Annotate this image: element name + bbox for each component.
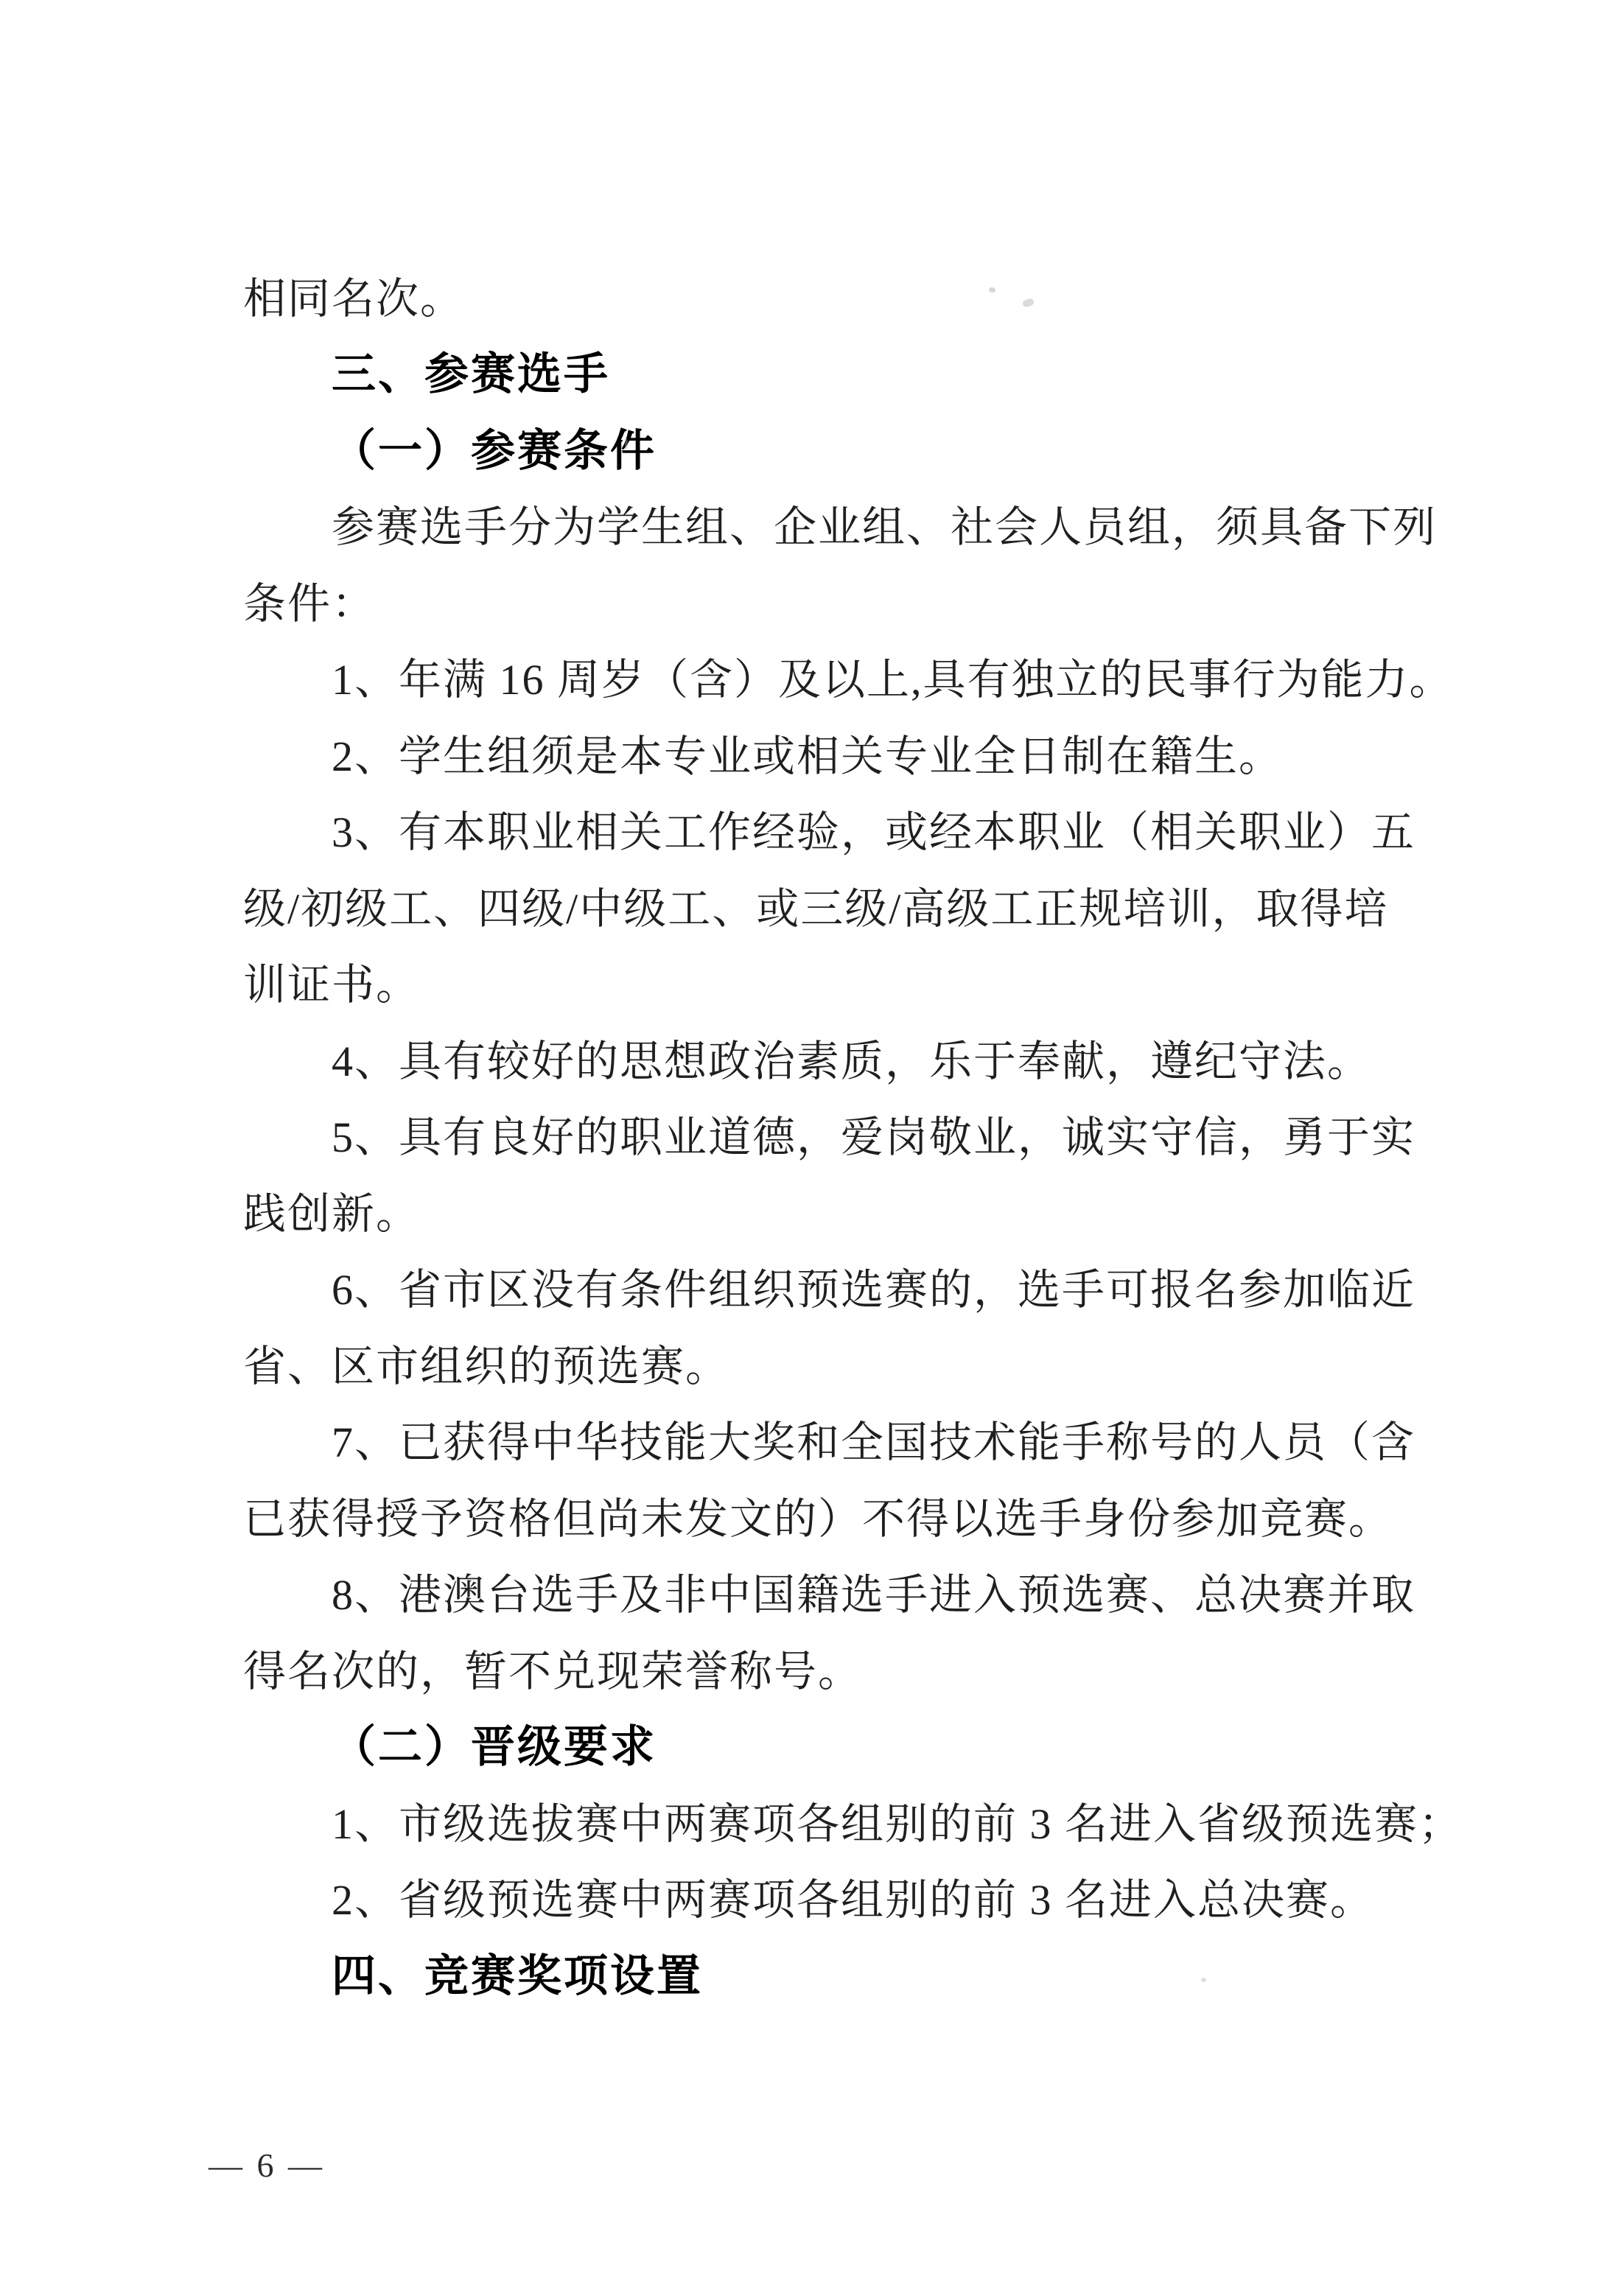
text-line: 6、省市区没有条件组织预选赛的，选手可报名参加临近: [243, 1248, 1437, 1325]
text-line: 条件：: [243, 561, 1437, 638]
text-line: 参赛选手分为学生组、企业组、社会人员组，须具备下列: [243, 486, 1437, 562]
text-line: 2、省级预选赛中两赛项各组别的前 3 名进入总决赛。: [243, 1858, 1437, 1935]
text-line: 1、市级选拔赛中两赛项各组别的前 3 名进入省级预选赛；: [243, 1782, 1437, 1858]
page: 相同名次。三、参赛选手（一）参赛条件参赛选手分为学生组、企业组、社会人员组，须具…: [0, 0, 1624, 2296]
text-line: 训证书。: [243, 943, 1437, 1020]
section-heading: （二）晋级要求: [243, 1706, 1437, 1782]
text-line: 相同名次。: [243, 256, 1437, 333]
section-heading: （一）参赛条件: [243, 409, 1437, 486]
text-line: 得名次的，暂不兑现荣誉称号。: [243, 1629, 1437, 1706]
scan-speck: [1201, 1978, 1206, 1982]
text-line: 级/初级工、四级/中级工、或三级/高级工正规培训，取得培: [243, 867, 1437, 943]
text-line: 已获得授予资格但尚未发文的）不得以选手身份参加竞赛。: [243, 1477, 1437, 1553]
text-line: 7、已获得中华技能大奖和全国技术能手称号的人员（含: [243, 1401, 1437, 1477]
text-line: 5、具有良好的职业道德，爱岗敬业，诚实守信，勇于实: [243, 1096, 1437, 1172]
document-body: 相同名次。三、参赛选手（一）参赛条件参赛选手分为学生组、企业组、社会人员组，须具…: [243, 256, 1437, 2011]
text-line: 3、有本职业相关工作经验，或经本职业（相关职业）五: [243, 791, 1437, 867]
text-line: 8、港澳台选手及非中国籍选手进入预选赛、总决赛并取: [243, 1553, 1437, 1630]
text-line: 4、具有较好的思想政治素质，乐于奉献，遵纪守法。: [243, 1019, 1437, 1096]
section-heading: 四、竞赛奖项设置: [243, 1934, 1437, 2011]
text-line: 省、区市组织的预选赛。: [243, 1324, 1437, 1401]
page-number: — 6 —: [209, 2146, 325, 2185]
scan-speck: [625, 438, 628, 449]
text-line: 2、学生组须是本专业或相关专业全日制在籍生。: [243, 714, 1437, 791]
text-line: 1、年满 16 周岁（含）及以上,具有独立的民事行为能力。: [243, 638, 1437, 715]
text-line: 践创新。: [243, 1172, 1437, 1248]
section-heading: 三、参赛选手: [243, 333, 1437, 410]
